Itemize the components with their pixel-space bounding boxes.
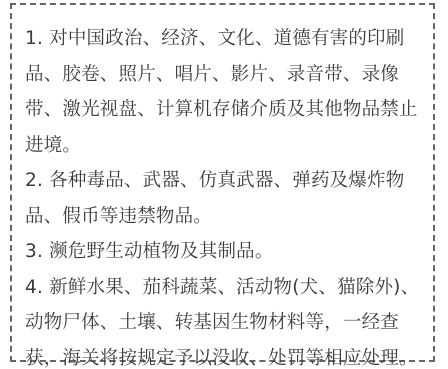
notice-item-2: 2. 各种毒品、武器、仿真武器、弹药及爆炸物品、假币等违禁物品。: [25, 163, 421, 234]
prohibited-items-notice-box: 1. 对中国政治、经济、文化、道德有害的印刷品、胶卷、照片、唱片、影片、录音带、…: [10, 3, 435, 362]
item-number: 4.: [25, 277, 43, 298]
item-number: 3.: [25, 241, 43, 262]
notice-item-4: 4. 新鲜水果、茄科蔬菜、活动物(犬、猫除外)、动物尸体、土壤、转基因生物材料等…: [25, 270, 421, 369]
notice-item-1: 1. 对中国政治、经济、文化、道德有害的印刷品、胶卷、照片、唱片、影片、录音带、…: [25, 21, 421, 163]
item-number: 1.: [25, 28, 43, 49]
notice-item-3: 3. 濒危野生动植物及其制品。: [25, 234, 421, 270]
item-text: 各种毒品、武器、仿真武器、弹药及爆炸物品、假币等违禁物品。: [25, 170, 404, 227]
item-number: 2.: [25, 170, 43, 191]
item-text: 对中国政治、经济、文化、道德有害的印刷品、胶卷、照片、唱片、影片、录音带、录像带…: [25, 28, 418, 156]
item-text: 新鲜水果、茄科蔬菜、活动物(犬、猫除外)、动物尸体、土壤、转基因生物材料等，一经…: [25, 277, 419, 369]
item-text: 濒危野生动植物及其制品。: [49, 241, 273, 262]
